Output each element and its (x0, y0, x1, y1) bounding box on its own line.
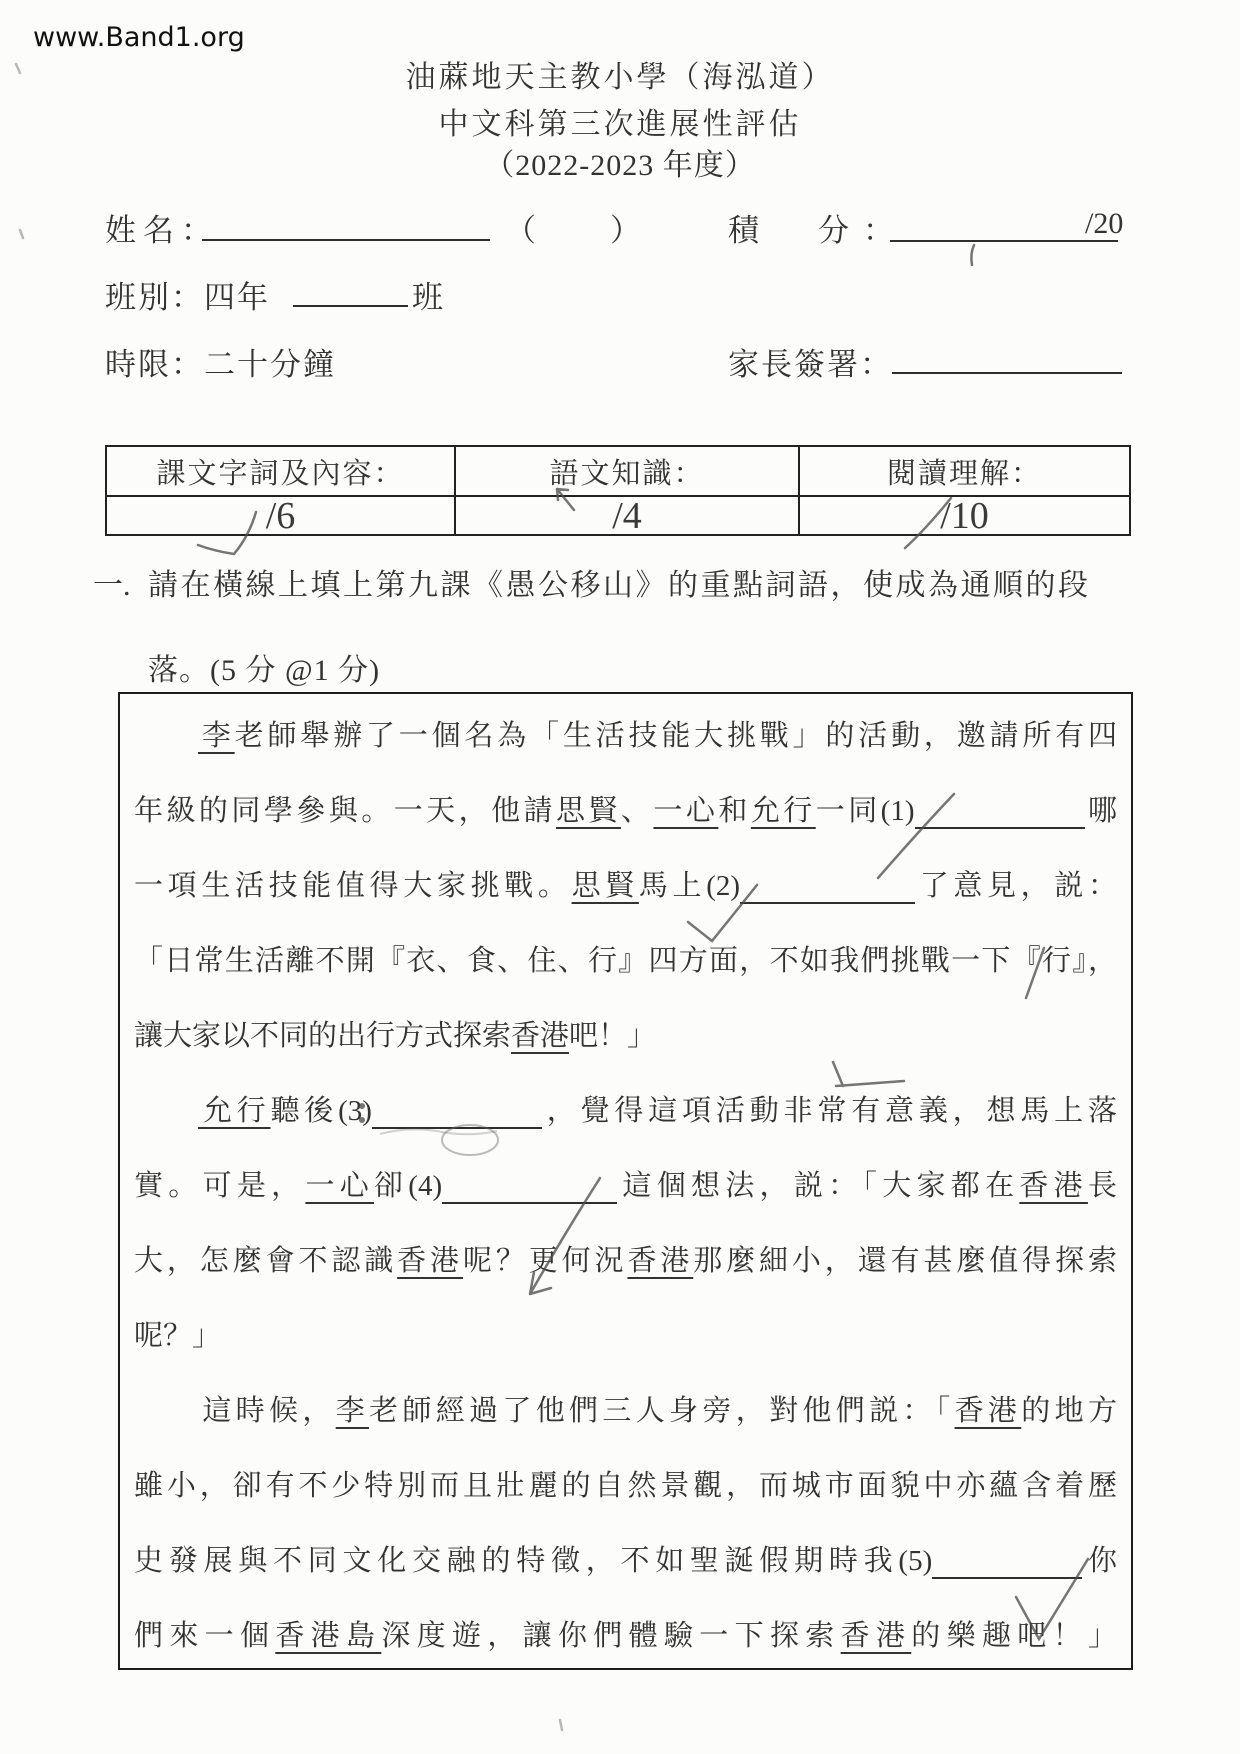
time-limit-label: 時限：二十分鐘 (105, 339, 336, 384)
passage-text: 的樂趣吧！」 (911, 1620, 1117, 1652)
reading-max-score: /10 (799, 496, 1130, 535)
table-value-row: /6 /4 /10 (106, 496, 1130, 535)
watermark-url: www.Band1.org (33, 22, 245, 53)
col-header-language: 語文知識： (455, 446, 799, 496)
underlined-word: 李 (336, 1395, 369, 1427)
parent-signature-label: 家長簽署： (728, 339, 893, 384)
passage-text: 你 (1082, 1545, 1117, 1577)
underlined-word: 香港 (955, 1395, 1022, 1427)
exam-title: 中文科第三次進展性評估 (0, 99, 1240, 143)
passage-line: 一項生活技能值得大家挑戰。思賢馬上(2)了意見，説： (134, 855, 1117, 930)
passage-text: 呢？更何況 (463, 1245, 627, 1277)
passage-text: 大，怎麼會不認識 (134, 1245, 397, 1277)
name-field-line[interactable] (202, 239, 490, 241)
passage-line: 史發展與不同文化交融的特徵，不如聖誕假期時我(5)你 (134, 1530, 1117, 1605)
passage-text: 的地方 (1021, 1395, 1117, 1427)
language-max-score: /4 (455, 496, 799, 535)
passage-text: 深度遊，讓你們體驗一下探索 (381, 1620, 840, 1652)
class-suffix: 班 (412, 272, 445, 317)
underlined-word: 一心 (653, 795, 718, 827)
passage-line: 實。可是，一心卻(4)這個想法，説：「大家都在香港長 (134, 1155, 1117, 1230)
passage-text: 實。可是， (134, 1170, 305, 1202)
passage-text: 哪 (1085, 795, 1117, 827)
passage-text: 們來一個 (134, 1620, 275, 1652)
passage-line: 大，怎麼會不認識香港呢？更何況香港那麼細小，還有甚麼值得探索 (134, 1230, 1117, 1305)
parent-signature-line[interactable] (892, 372, 1122, 374)
passage-text: 了意見，説： (915, 870, 1117, 902)
underlined-word: 香港 (1019, 1170, 1088, 1202)
passage-text: 一項生活技能值得大家挑戰。 (134, 870, 572, 902)
underlined-word: 允行 (751, 795, 816, 827)
passage-line: 李老師舉辦了一個名為「生活技能大挑戰」的活動，邀請所有四 (134, 705, 1117, 780)
underlined-word: 香港 (841, 1620, 912, 1652)
underlined-word: 香港 (627, 1245, 693, 1277)
question-instruction-line1: 請在橫線上填上第九課《愚公移山》的重點詞語，使成為通順的段 (148, 560, 1091, 604)
col-header-vocab: 課文字詞及內容： (106, 446, 455, 496)
passage-text: 老師經過了他們三人身旁，對他們説：「 (369, 1395, 955, 1427)
scan-speck (560, 1720, 562, 1730)
answer-blank[interactable] (442, 1173, 617, 1204)
passage-text: 這個想法，説：「大家都在 (617, 1170, 1019, 1202)
passage-line: 年級的同學參與。一天，他請思賢、一心和允行一同(1)哪 (134, 780, 1117, 855)
passage-text: 馬上(2) (639, 870, 740, 902)
answer-blank[interactable] (915, 798, 1085, 829)
passage-text: 和 (718, 795, 750, 827)
name-label: 姓名： (105, 205, 219, 250)
exam-paper-page: www.Band1.org 油蔴地天主教小學（海泓道） 中文科第三次進展性評估 … (0, 0, 1240, 1754)
underlined-word: 思賢 (572, 870, 639, 902)
score-breakdown-table: 課文字詞及內容： 語文知識： 閱讀理解： /6 /4 /10 (105, 445, 1131, 536)
underlined-word: 香港 (511, 1020, 569, 1052)
underlined-word: 思賢 (556, 795, 621, 827)
passage-text: 雖小，卻有不少特別而且壯麗的自然景觀，而城市面貌中亦蘊含着歷 (134, 1470, 1117, 1502)
table-header-row: 課文字詞及內容： 語文知識： 閱讀理解： (106, 446, 1130, 496)
question-number: 一. (93, 560, 131, 604)
passage-text: 那麼細小，還有甚麼值得探索 (693, 1245, 1117, 1277)
class-field-line[interactable] (293, 305, 408, 307)
score-field-line[interactable] (890, 240, 1118, 242)
passage-text: 讓大家以不同的出行方式探索 (134, 1020, 511, 1052)
score-total: /20 (1085, 207, 1123, 241)
paren-open: （ (505, 213, 538, 248)
answer-blank[interactable] (740, 873, 915, 904)
passage-text: 這時候， (198, 1395, 336, 1427)
question-instruction-line2: 落。(5 分 @1 分) (148, 645, 380, 689)
passage-line: 允行聽後(3)，覺得這項活動非常有意義，想馬上落 (134, 1080, 1117, 1155)
school-name: 油蔴地天主教小學（海泓道） (0, 52, 1240, 96)
underlined-word: 香港 (397, 1245, 463, 1277)
pencil-tick-score (971, 245, 974, 265)
underlined-word: 允行 (198, 1095, 270, 1127)
passage-text: 聽後(3) (270, 1095, 371, 1127)
passage-line: 雖小，卻有不少特別而且壯麗的自然景觀，而城市面貌中亦蘊含着歷 (134, 1455, 1117, 1530)
underlined-word: 香港島 (275, 1620, 381, 1652)
class-label: 班別：四年 (105, 272, 270, 317)
passage-line: 這時候，李老師經過了他們三人身旁，對他們説：「香港的地方 (134, 1380, 1117, 1455)
col-header-reading: 閱讀理解： (799, 446, 1130, 496)
passage-text: 年級的同學參與。一天，他請 (134, 795, 556, 827)
exam-year: （2022-2023 年度） (0, 140, 1240, 184)
passage-text: 長 (1088, 1170, 1117, 1202)
passage-box: 李老師舉辦了一個名為「生活技能大挑戰」的活動，邀請所有四年級的同學參與。一天，他… (118, 692, 1133, 1670)
underlined-word: 一心 (305, 1170, 374, 1202)
passage-line: 呢？」 (134, 1305, 1117, 1380)
score-label: 積 分： (728, 205, 908, 250)
passage-text: 老師舉辦了一個名為「生活技能大挑戰」的活動，邀請所有四 (235, 720, 1117, 752)
vocab-max-score: /6 (106, 496, 455, 535)
answer-blank[interactable] (932, 1548, 1082, 1579)
passage-text: 呢？」 (134, 1320, 221, 1352)
passage-line: 「日常生活離不開『衣、食、住、行』四方面，不如我們挑戰一下『行』， (134, 930, 1117, 1005)
paren-close: ） (610, 213, 643, 248)
passage-line: 們來一個香港島深度遊，讓你們體驗一下探索香港的樂趣吧！」 (134, 1605, 1117, 1680)
passage-text: 一同(1) (816, 795, 915, 827)
answer-blank[interactable] (372, 1098, 542, 1129)
passage-text: 史發展與不同文化交融的特徵，不如聖誕假期時我(5) (134, 1545, 932, 1577)
passage-text: 卻(4) (374, 1170, 442, 1202)
passage-line: 讓大家以不同的出行方式探索香港吧！」 (134, 1005, 1117, 1080)
passage-text: 「日常生活離不開『衣、食、住、行』四方面，不如我們挑戰一下『行』， (134, 945, 1117, 977)
underlined-word: 李 (198, 720, 235, 752)
passage-text: ，覺得這項活動非常有意義，想馬上落 (542, 1095, 1117, 1127)
class-number-parens: （） (505, 205, 643, 250)
passage-text: 、 (621, 795, 653, 827)
scan-speck (20, 230, 23, 238)
passage-text: 吧！」 (569, 1020, 656, 1052)
